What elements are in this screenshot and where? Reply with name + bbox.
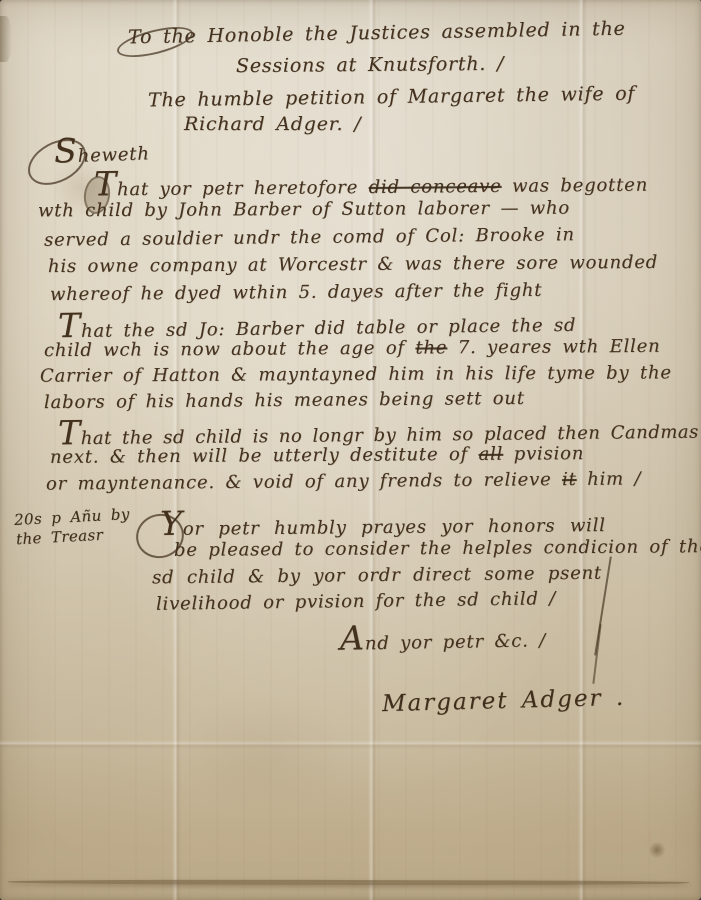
paragraph2-line-4: labors of his hands his meanes being set… — [44, 388, 525, 413]
paragraph3-line2-post: pvision — [503, 443, 584, 465]
paragraph1-line-5: whereof he dyed wthin 5. dayes after the… — [50, 280, 542, 305]
deleted-word: all — [478, 444, 503, 465]
manuscript-scan: To the Honoble the Justices assembled in… — [0, 0, 701, 900]
sheweth-label: Sheweth — [54, 136, 150, 167]
heading-petitioner-line-2: Richard Adger. / — [184, 113, 361, 135]
prayer-line-1: Yor petr humbly prayes yor honors will — [160, 508, 606, 540]
paragraph3-line3-post: him / — [577, 468, 642, 490]
torn-edge-notch — [0, 16, 12, 62]
deleted-word: the — [415, 337, 447, 358]
paragraph1-line1-pre: That yor petr heretofore — [94, 177, 369, 200]
prayer-line-2: be pleased to consider the helples condi… — [174, 536, 701, 561]
paragraph1-line-1: That yor petr heretofore did conceave wa… — [94, 168, 648, 201]
paragraph3-line-2: next. & then will be utterly destitute o… — [50, 443, 584, 468]
closing-formula: And yor petr &c. / — [340, 623, 546, 655]
heading-address-line-2: Sessions at Knutsforth. / — [236, 53, 504, 77]
paragraph1-line-4: his owne company at Worcestr & was there… — [48, 252, 658, 277]
fold-crease-horizontal — [0, 740, 701, 749]
paragraph3-line2-pre: next. & then will be utterly destitute o… — [50, 444, 479, 468]
paragraph2-line2-post: 7. yeares wth Ellen — [447, 336, 660, 358]
paragraph2-line-3: Carrier of Hatton & mayntayned him in hi… — [40, 362, 672, 386]
deleted-word: it — [562, 469, 577, 490]
paragraph3-line3-pre: or mayntenance. & void of any frends to … — [46, 469, 562, 495]
deleted-word: did conceave — [369, 176, 502, 198]
paragraph2-line-2: child wch is now about the age of the 7.… — [44, 336, 661, 361]
paragraph1-line1-post: was begotten — [501, 175, 648, 197]
paragraph1-line-2: wth child by John Barber of Sutton labor… — [38, 198, 570, 222]
paragraph2-line2-pre: child wch is now about the age of — [44, 338, 416, 362]
